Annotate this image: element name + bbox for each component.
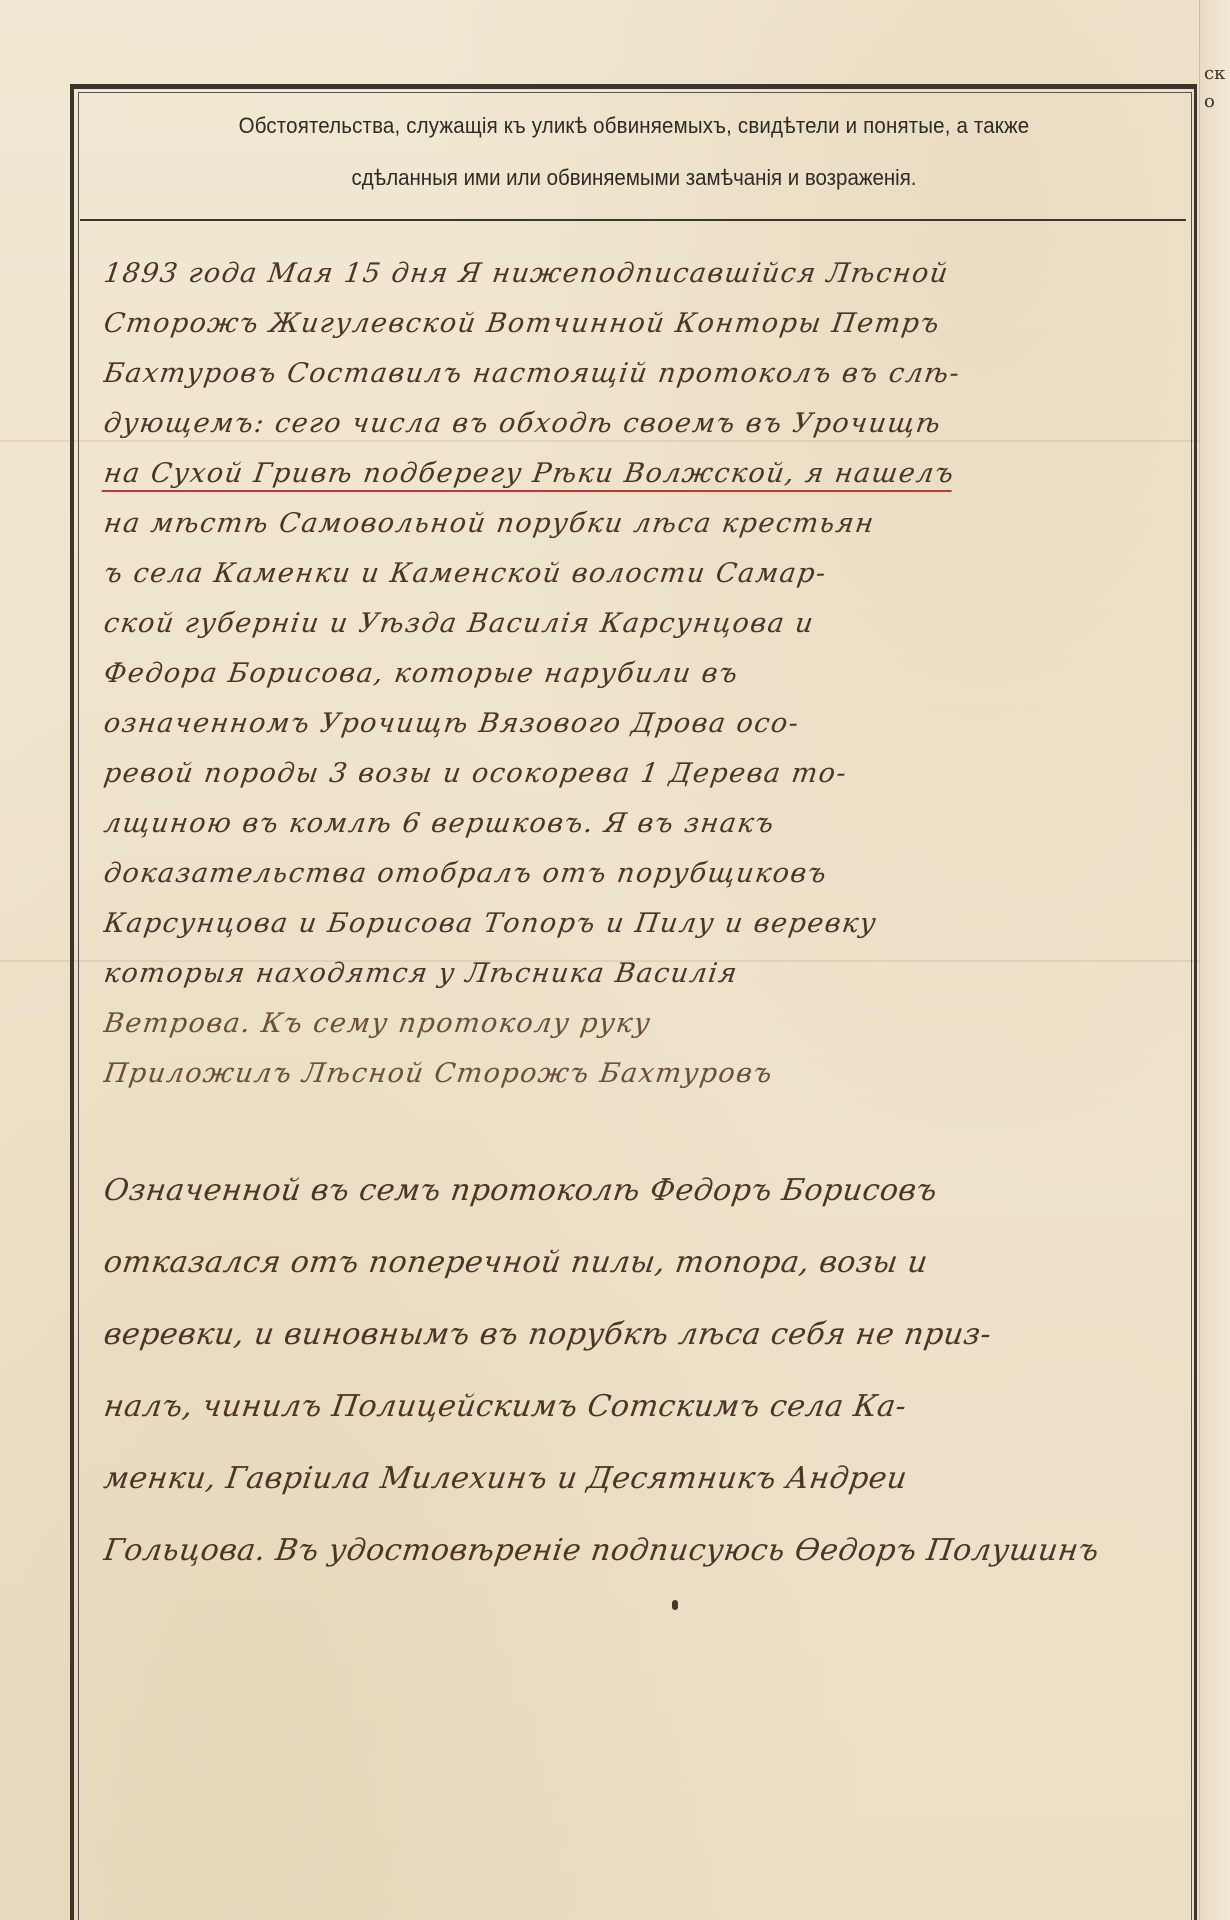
handwritten-line: которыя находятся у Лѣсника Василія (100, 949, 1197, 999)
handwritten-line: Карсунцова и Борисова Топоръ и Пилу и ве… (100, 899, 1197, 949)
handwritten-line: означенномъ Урочищѣ Вязового Дрова осо- (100, 699, 1197, 749)
form-frame: Обстоятельства, служащія къ уликѣ обвиня… (70, 84, 1197, 1920)
handwritten-line: Приложилъ Лѣсной Сторожъ Бахтуровъ (100, 1049, 1197, 1099)
adjacent-page-text: ск о (1204, 60, 1228, 116)
handwritten-line: Означенной въ семъ протоколѣ Федоръ Бори… (99, 1155, 1199, 1227)
handwritten-line: дующемъ: сего числа въ обходѣ своемъ въ … (100, 399, 1197, 449)
handwritten-line: Сторожъ Жигулевской Вотчинной Конторы Пе… (100, 299, 1197, 349)
handwritten-line-underlined: на Сухой Гривѣ подберегу Рѣки Волжской, … (100, 449, 1197, 499)
handwritten-line: на мѣстѣ Самовольной порубки лѣса кресть… (100, 499, 1197, 549)
handwritten-line: ревой породы 3 возы и осокорева 1 Дерева… (100, 749, 1197, 799)
handwritten-line: Бахтуровъ Составилъ настоящій протоколъ … (100, 349, 1197, 399)
ink-mark (672, 1600, 678, 1610)
document-page: Обстоятельства, служащія къ уликѣ обвиня… (0, 0, 1230, 1920)
header-line-1: Обстоятельства, служащія къ уликѣ обвиня… (113, 113, 1155, 139)
handwritten-addendum: Означенной въ семъ протоколѣ Федоръ Бори… (104, 1155, 1194, 1587)
handwritten-line: веревки, и виновнымъ въ порубкѣ лѣса себ… (99, 1299, 1199, 1371)
handwritten-signature-line: Гольцова. Въ удостовѣреніе подписуюсь Ѳе… (99, 1515, 1199, 1587)
form-header: Обстоятельства, служащія къ уликѣ обвиня… (74, 89, 1194, 219)
adjacent-page-edge: ск о (1199, 0, 1230, 1920)
header-line-2: сдѣланныя ими или обвиняемыми замѣчанія … (113, 165, 1155, 191)
handwritten-line: менки, Гавріила Милехинъ и Десятникъ Анд… (99, 1443, 1199, 1515)
handwritten-entry: 1893 года Мая 15 дня Я нижеподписавшійся… (104, 249, 1194, 1587)
handwritten-line: ской губерніи и Уѣзда Василія Карсунцова… (100, 599, 1197, 649)
handwritten-line: ъ села Каменки и Каменской волости Самар… (100, 549, 1197, 599)
header-divider (80, 219, 1186, 221)
underlined-text: на Сухой Гривѣ подберегу Рѣки Волжской, … (101, 458, 956, 492)
handwritten-line: доказательства отобралъ отъ порубщиковъ (100, 849, 1197, 899)
handwritten-line: налъ, чинилъ Полицейскимъ Сотскимъ села … (99, 1371, 1199, 1443)
handwritten-line: Ветрова. Къ сему протоколу руку (100, 999, 1197, 1049)
handwritten-line: лщиною въ комлѣ 6 вершковъ. Я въ знакъ (100, 799, 1197, 849)
handwritten-line: отказался отъ поперечной пилы, топора, в… (99, 1227, 1199, 1299)
handwritten-line: 1893 года Мая 15 дня Я нижеподписавшійся… (100, 249, 1197, 299)
handwritten-line: Федора Борисова, которые нарубили въ (100, 649, 1197, 699)
